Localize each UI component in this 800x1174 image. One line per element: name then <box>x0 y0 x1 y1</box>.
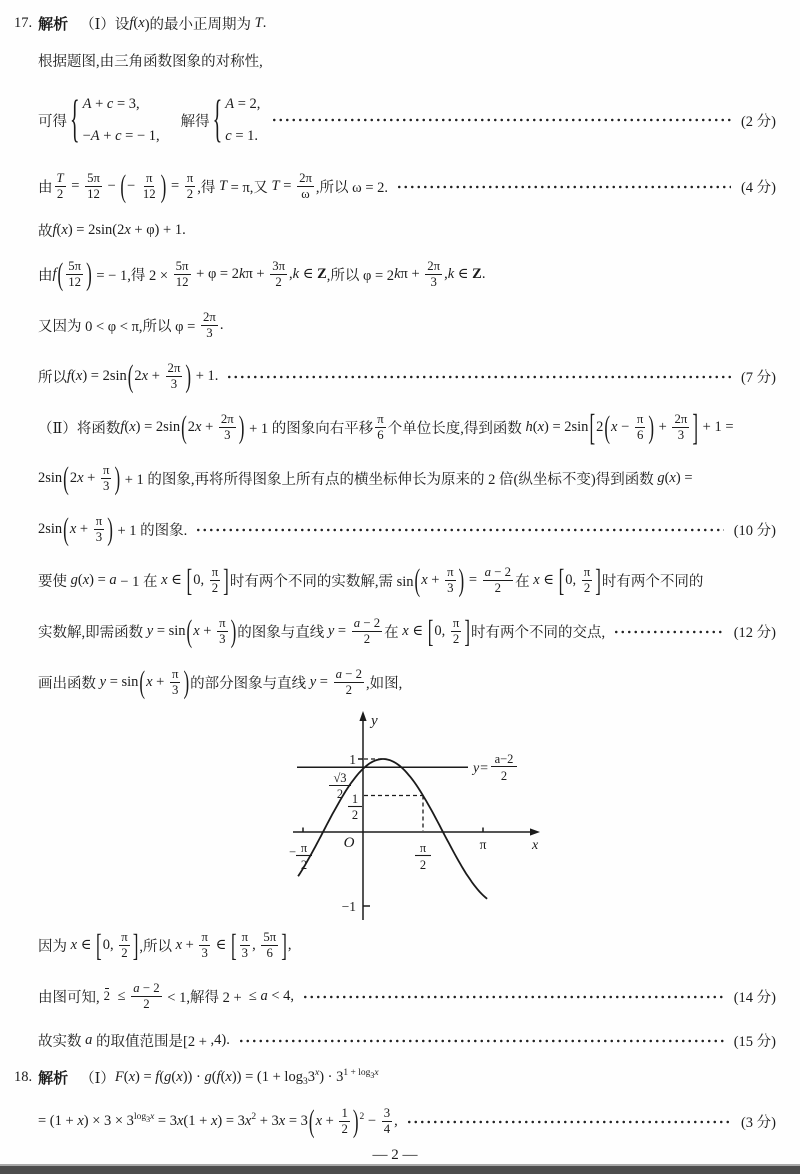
text-run: − 1 在 <box>117 570 161 591</box>
fraction-denominator: 6 <box>375 428 385 443</box>
fraction-denominator: 3 <box>428 275 438 290</box>
math-variable: T <box>272 178 280 195</box>
fraction-numerator: 1 <box>339 1106 349 1122</box>
fraction-denominator: 2 <box>582 581 592 596</box>
text-run: 0, <box>193 572 208 589</box>
bracket-content: x + 12 <box>316 1106 352 1138</box>
text-run: ) × 3 × 3 <box>84 1113 134 1130</box>
math-bracket-group: [0, π2] <box>558 565 602 597</box>
score-mark: (10 分) <box>734 519 776 540</box>
text-run: ) · 3 <box>319 1069 343 1086</box>
page-number: — 2 — <box>14 1147 776 1164</box>
text-run: 根据题图,由三角函数图象的对称性, <box>38 50 263 71</box>
text-run: + 1 的图象向右平移 <box>245 417 373 438</box>
text-run: 2 <box>143 997 149 1012</box>
x-axis-label: x <box>531 838 539 853</box>
close-delimiter: ) <box>185 361 191 393</box>
fraction-numerator: 2π <box>166 361 183 377</box>
dotted-leader <box>226 370 731 384</box>
score-mark: (2 分) <box>741 110 776 131</box>
text-run: 个单位长度,得到函数 <box>388 417 526 438</box>
math-variable: g <box>204 1069 211 1086</box>
text-run: = 3 <box>285 1113 308 1130</box>
cases-row: A + c = 3, <box>83 96 160 113</box>
text-run: ≤ <box>245 988 260 1005</box>
text-run: )的最小正周期为 <box>145 13 255 34</box>
subscript: 3 <box>146 1115 150 1124</box>
math-bracket-group: [2(x − π6) + 2π3] <box>588 412 699 444</box>
math-fraction: 5π12 <box>85 171 102 203</box>
text-run: 实数解,即需函数 <box>38 621 147 642</box>
text-run: 由 <box>38 264 53 285</box>
math-fraction: T2 <box>55 171 66 203</box>
text-run: 2 <box>121 946 127 961</box>
close-delimiter: ) <box>183 667 189 699</box>
text-run: π <box>219 616 225 631</box>
text-run: ) = 2sin <box>82 368 126 385</box>
fraction-numerator: π <box>240 930 250 946</box>
fraction-numerator: π <box>199 930 209 946</box>
text-run: 2 <box>104 989 110 1004</box>
text-run: 由 <box>38 176 53 197</box>
close-delimiter: ] <box>464 616 470 648</box>
text-run: ,所以 <box>139 935 175 956</box>
cases-row: −A + c = − 1, <box>83 128 160 145</box>
text-run: − 2 <box>140 981 160 996</box>
y-axis-label: y <box>369 713 378 729</box>
hline-label-num: a−2 <box>495 752 514 766</box>
fraction-numerator: 2π <box>297 171 314 187</box>
text-run: π <box>447 565 453 580</box>
text-run: π + <box>245 266 268 283</box>
text-run: 3 <box>172 683 178 698</box>
math-fraction: π3 <box>445 565 455 597</box>
bracket-content: 0, π2 <box>434 616 463 648</box>
solution-line: 2sin(x + π3) + 1 的图象.(10 分) <box>14 504 776 555</box>
text-run: (1 + <box>183 1113 211 1130</box>
text-run: + <box>84 470 99 487</box>
text-run: 5π <box>263 930 276 945</box>
cases-row: A = 2, <box>225 96 260 113</box>
text-run: 5π <box>176 259 189 274</box>
math-fraction: 5π12 <box>174 259 191 291</box>
text-run: 故 <box>38 220 53 241</box>
text-run: 2 <box>364 632 370 647</box>
fraction-denominator: ω <box>299 187 311 202</box>
fraction-numerator: 5π <box>66 259 83 275</box>
solution-line: 所以f(x) = 2sin(2x + 2π3) + 1.(7 分) <box>14 351 776 402</box>
open-delimiter: [ <box>428 616 434 648</box>
fraction-denominator: 2 <box>344 683 354 698</box>
score-mark: (4 分) <box>741 176 776 197</box>
dotted-leader <box>302 990 724 1004</box>
graph-figure: y x O 1 −1 √3 2 1 2 − π 2 π 2 π y= a−2 2 <box>14 708 776 920</box>
text-run: 3 <box>678 428 684 443</box>
math-fraction: π6 <box>375 412 385 444</box>
text-run: 可得 <box>38 110 67 131</box>
text-run: π <box>96 514 102 529</box>
fraction-numerator: π <box>635 412 645 428</box>
open-delimiter: ( <box>128 361 134 393</box>
text-run: （Ⅰ） <box>80 1067 115 1088</box>
bracket-content: 5π12 <box>64 259 85 291</box>
math-bracket-group: (x + π3) <box>414 565 466 597</box>
fraction-numerator: 5π <box>174 259 191 275</box>
open-delimiter: ( <box>58 259 64 291</box>
math-fraction: π3 <box>217 616 227 648</box>
text-run: + <box>153 674 168 691</box>
text-run: 2 <box>251 1112 256 1122</box>
math-bracket-group: [π3, 5π6] <box>230 930 288 962</box>
bracket-content: x + π3 <box>193 616 229 648</box>
text-run: 6 <box>377 428 383 443</box>
fraction-denominator: 2 <box>55 187 65 202</box>
math-fraction: a − 22 <box>352 616 382 648</box>
text-run: 18. <box>14 1069 32 1086</box>
bracket-content: x − π6 <box>611 412 647 444</box>
bracket-content: 0, π2 <box>193 565 222 597</box>
y-tick-label-half-den: 2 <box>352 808 358 822</box>
text-run: ) = <box>135 1069 155 1086</box>
open-delimiter: [ <box>589 409 595 446</box>
math-fraction: 2π3 <box>219 412 236 444</box>
math-fraction: 12 <box>339 1106 349 1138</box>
y-tick-label-1: 1 <box>349 752 356 767</box>
text-run: 6 <box>267 946 273 961</box>
solution-line: 实数解,即需函数 y = sin(x + π3)的图象与直线 y = a − 2… <box>14 606 776 657</box>
text-run: 2 <box>134 368 141 385</box>
text-run: 12 <box>176 275 189 290</box>
text-run: + 1 的图象. <box>114 519 187 540</box>
math-variable: T <box>57 171 64 186</box>
superscript: 2 <box>251 1112 256 1122</box>
solution-line: 17.解析（Ⅰ）设f(x)的最小正周期为 T. <box>14 5 776 42</box>
text-run: )) = (1 + log <box>232 1069 303 1086</box>
text-run: ) = 2sin <box>136 419 180 436</box>
math-bracket-group: (2x + 2π3) <box>127 361 192 393</box>
scan-edge-bar <box>0 1164 800 1174</box>
bracket-content: 2x + 2π3 <box>188 412 238 444</box>
cases-rows: A = 2,c = 1. <box>225 96 260 145</box>
x-tick-label-pi2-num: π <box>420 841 427 855</box>
math-fraction: π2 <box>185 171 195 203</box>
fraction-numerator: 2π <box>219 412 236 428</box>
bracket-content: 2x + 2π3 <box>134 361 184 393</box>
y-tick-label-sqrt3-2-den: 2 <box>337 787 343 801</box>
fraction-numerator: π <box>217 616 227 632</box>
text-run: = <box>167 178 182 195</box>
text-run: − 2 <box>360 616 380 631</box>
text-run: + <box>200 623 215 640</box>
solution-line: 画出函数 y = sin(x + π3)的部分图象与直线 y = a − 22,… <box>14 657 776 708</box>
text-run: ) = 3 <box>217 1113 245 1130</box>
fraction-denominator: 4 <box>382 1122 392 1137</box>
text-run: 3 <box>370 1071 374 1080</box>
text-run: 2 <box>212 581 218 596</box>
math-fraction: π3 <box>170 667 180 699</box>
fraction-denominator: 12 <box>85 187 102 202</box>
text-run: = 1. <box>232 128 258 145</box>
text-run: （Ⅱ）将函数 <box>38 417 120 438</box>
text-run: 3 <box>308 1069 315 1086</box>
text-run: 3 <box>430 275 436 290</box>
math-fraction: π2 <box>119 930 129 962</box>
solution-line: 18.解析（Ⅰ）F(x) = f(g(x)) · g(f(x)) = (1 + … <box>14 1059 776 1096</box>
text-run: π + <box>401 266 424 283</box>
math-fraction: 2πω <box>297 171 314 203</box>
math-variable: F <box>115 1069 124 1086</box>
text-run: 2 <box>495 581 501 596</box>
math-variable: a <box>109 572 116 589</box>
fraction-numerator: T <box>55 171 66 187</box>
math-fraction: π3 <box>94 514 104 546</box>
math-variable: T <box>219 178 227 195</box>
fraction-numerator: 2π <box>201 310 218 326</box>
x-tick-label-pi: π <box>480 837 487 852</box>
text-run: 2 <box>360 1112 365 1122</box>
text-run: 12 <box>87 187 100 202</box>
score-mark: (14 分) <box>734 986 776 1007</box>
math-bracket-group: (x + π3) <box>186 616 238 648</box>
x-axis-arrow-icon <box>530 828 540 835</box>
text-run: ∈ <box>212 937 230 954</box>
fraction-numerator: a − 2 <box>483 565 513 581</box>
function-graph: y x O 1 −1 √3 2 1 2 − π 2 π 2 π y= a−2 2 <box>285 708 585 920</box>
fraction-denominator: 2 <box>119 946 129 961</box>
text-run: π <box>187 171 193 186</box>
text-run: ) = <box>89 572 109 589</box>
text-run: ) = 2sin(2 <box>68 222 125 239</box>
score-mark: (3 分) <box>741 1111 776 1132</box>
math-bracket-group: [0, π2] <box>427 616 471 648</box>
math-fraction: a − 22 <box>334 667 364 699</box>
math-variable: a <box>85 1032 92 1049</box>
text-run: ,如图, <box>366 672 402 693</box>
math-variable: x <box>374 1068 378 1078</box>
open-delimiter: ( <box>415 565 421 597</box>
text-run: 3 <box>96 530 102 545</box>
score-mark: (7 分) <box>741 366 776 387</box>
math-fraction: π2 <box>210 565 220 597</box>
text-run: < 1,解得 2 + <box>164 986 246 1007</box>
text-run: ∈ <box>409 623 427 640</box>
x-tick-label-negpi2-den: 2 <box>301 858 307 872</box>
text-run: π <box>121 930 127 945</box>
fraction-denominator: 12 <box>66 275 83 290</box>
math-fraction: 2π3 <box>672 412 689 444</box>
y-tick-label-neg1: −1 <box>342 899 356 914</box>
math-bracket-group: (− π12) <box>119 171 167 203</box>
text-run: 3 <box>219 632 225 647</box>
text-run: . <box>482 266 486 283</box>
text-run: ω <box>301 187 309 202</box>
origin-label: O <box>344 835 355 851</box>
text-run: = (1 + <box>38 1113 77 1130</box>
math-bracket-group: (5π12) <box>57 259 93 291</box>
math-fraction: a − 22 <box>483 565 513 597</box>
bold-label: 解析 <box>38 1067 68 1088</box>
solution-document: 17.解析（Ⅰ）设f(x)的最小正周期为 T.根据题图,由三角函数图象的对称性,… <box>0 0 800 1164</box>
text-run: 0, <box>434 623 449 640</box>
close-delimiter: ) <box>107 514 113 546</box>
text-run: − <box>127 178 139 195</box>
text-run: 2π <box>674 412 687 427</box>
fraction-denominator: 2 <box>102 989 112 1004</box>
open-delimiter: [ <box>187 565 193 597</box>
math-fraction: π3 <box>101 463 111 495</box>
text-run: 3 <box>242 946 248 961</box>
math-fraction: a − 22 <box>131 981 161 1013</box>
fraction-denominator: 3 <box>204 326 214 341</box>
y-axis-arrow-icon <box>359 711 366 721</box>
text-run: 0, <box>103 937 118 954</box>
math-bracket-group: [0, π2] <box>186 565 230 597</box>
text-run: + <box>182 937 197 954</box>
text-run: π <box>103 463 109 478</box>
text-run: = <box>68 178 83 195</box>
text-run: 3 <box>202 946 208 961</box>
y-tick-label-half-num: 1 <box>352 792 358 806</box>
open-delimiter: [ <box>231 930 237 962</box>
math-variable: g <box>657 470 664 487</box>
fraction-denominator: 3 <box>445 581 455 596</box>
text-run: = π,又 <box>227 176 272 197</box>
dotted-leader <box>271 113 731 127</box>
score-mark: (12 分) <box>734 621 776 642</box>
text-run: . <box>220 317 224 334</box>
text-run: 3π <box>272 259 285 274</box>
solution-line: 故f(x) = 2sin(2x + φ) + 1. <box>14 212 776 249</box>
text-run: 5π <box>87 171 100 186</box>
math-bracket-group: (x + 12) <box>308 1106 360 1138</box>
math-variable: x <box>315 1068 319 1078</box>
text-run: 0, <box>565 572 580 589</box>
text-run: = <box>316 674 331 691</box>
text-run: 17. <box>14 15 32 32</box>
bracket-content: x + π3 <box>146 667 182 699</box>
text-run: π <box>146 171 152 186</box>
fraction-numerator: π <box>94 514 104 530</box>
fraction-numerator: π <box>445 565 455 581</box>
fraction-denominator: 3 <box>94 530 104 545</box>
text-run: = sin <box>106 674 138 691</box>
text-run: ∈ <box>168 572 186 589</box>
superscript: x <box>315 1068 319 1078</box>
text-run: + <box>100 128 115 145</box>
text-run: （Ⅰ）设 <box>80 13 129 34</box>
text-run: 的取值范围是[2 + <box>92 1030 210 1051</box>
text-run: , <box>252 937 259 954</box>
text-run: 时有两个不同的 <box>602 570 704 591</box>
text-run: , <box>288 937 292 954</box>
text-run: 2 <box>596 419 603 436</box>
text-run: + φ = 2 <box>193 266 239 283</box>
text-run: 1 <box>341 1106 347 1121</box>
text-run: 5π <box>68 259 81 274</box>
text-run: 3 <box>447 581 453 596</box>
text-run: 故实数 <box>38 1030 85 1051</box>
open-delimiter: ( <box>181 412 187 444</box>
text-run: − 2 <box>491 565 511 580</box>
text-run: ,所以 φ = 2 <box>327 264 394 285</box>
close-delimiter: ] <box>692 409 698 446</box>
text-run: = − 1, <box>122 128 160 145</box>
fraction-numerator: 3 <box>382 1106 392 1122</box>
dotted-leader <box>613 625 724 639</box>
text-run: π <box>453 616 459 631</box>
solution-line: 因为 x ∈ [0, π2],所以 x + π3 ∈ [π3, 5π6], <box>14 920 776 971</box>
math-bracket-group: (x + π3) <box>62 514 114 546</box>
math-fraction: 2π3 <box>425 259 442 291</box>
math-bracket-group: (x − π6) <box>603 412 655 444</box>
solution-line: 2sin(2x + π3) + 1 的图象,再将所得图象上所有点的横坐标伸长为原… <box>14 453 776 504</box>
text-run: 3 <box>384 1106 390 1121</box>
math-variable: a <box>261 988 268 1005</box>
math-variable: h <box>525 419 532 436</box>
bracket-content: 2(x − π6) + 2π3 <box>596 412 691 444</box>
math-fraction: π2 <box>582 565 592 597</box>
text-run: ,4). <box>211 1032 230 1049</box>
text-run: 12 <box>68 275 81 290</box>
math-cases: {A = 2,c = 1. <box>213 96 261 145</box>
fraction-numerator: a − 2 <box>131 981 161 997</box>
math-cases: {A + c = 3,−A + c = − 1, <box>70 96 160 145</box>
text-run: + <box>655 419 670 436</box>
text-run: 2sin <box>38 521 62 538</box>
text-run: + φ) + 1. <box>131 222 186 239</box>
fraction-denominator: 3 <box>240 946 250 961</box>
math-set-symbol: Z <box>317 266 327 283</box>
open-delimiter: ( <box>63 514 69 546</box>
text-run: 时有两个不同的实数解,需 sin <box>230 570 414 591</box>
math-variable: A <box>83 96 92 113</box>
text-run: 在 <box>384 621 402 642</box>
text-run: ) = <box>676 470 693 487</box>
text-run: + 3 <box>256 1113 279 1130</box>
fraction-numerator: π <box>185 171 195 187</box>
text-run: 2 <box>341 1122 347 1137</box>
solution-line: （Ⅱ）将函数f(x) = 2sin(2x + 2π3) + 1 的图象向右平移π… <box>14 402 776 453</box>
fraction-denominator: 3 <box>169 377 179 392</box>
text-run: 2π <box>221 412 234 427</box>
text-run: − 2 <box>342 667 362 682</box>
solution-line: 又因为 0 < φ < π,所以 φ = 2π3. <box>14 300 776 351</box>
math-bracket-group: (2x + 2π3) <box>180 412 245 444</box>
text-run: 的部分图象与直线 <box>190 672 310 693</box>
cases-row: c = 1. <box>225 128 260 145</box>
solution-line: 要使 g(x) = a − 1 在 x ∈ [0, π2]时有两个不同的实数解,… <box>14 555 776 606</box>
solution-line: 根据题图,由三角函数图象的对称性, <box>14 42 776 79</box>
text-run: + <box>148 368 163 385</box>
text-run: 3 <box>206 326 212 341</box>
text-run: ∈ <box>540 572 558 589</box>
text-run: − <box>104 178 119 195</box>
text-run: − <box>364 1113 379 1130</box>
close-delimiter: ] <box>223 565 229 597</box>
fraction-numerator: π <box>210 565 220 581</box>
math-variable: A <box>91 128 100 145</box>
fraction-denominator: 2 <box>273 275 283 290</box>
fraction-numerator: 2π <box>672 412 689 428</box>
text-run: π <box>584 565 590 580</box>
text-run: 2 <box>346 683 352 698</box>
open-delimiter: ( <box>604 412 610 444</box>
score-mark: (15 分) <box>734 1030 776 1051</box>
close-delimiter: ) <box>353 1106 359 1138</box>
math-fraction: π6 <box>635 412 645 444</box>
superscript: 2 <box>360 1112 365 1122</box>
text-run: = − 1,得 2 × <box>93 264 172 285</box>
